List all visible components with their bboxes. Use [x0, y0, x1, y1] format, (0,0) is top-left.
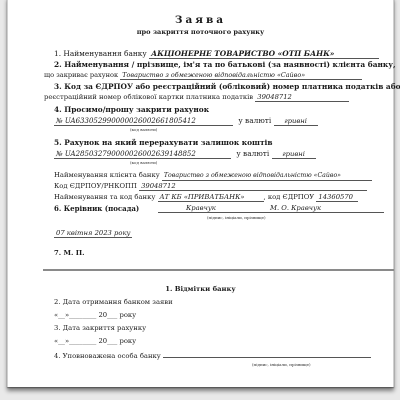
director-signature-line: Кравчук М. О. Кравчук: [158, 204, 384, 213]
client-name-value: Товариство з обмеженою відповідальністю …: [162, 172, 372, 181]
client-bank-row: Найменування та код банку АТ КБ «ПРИВАТБ…: [54, 193, 358, 202]
client-bank-label: Найменування та код банку: [54, 193, 155, 201]
client-bank-value: АТ КБ «ПРИВАТБАНК»: [158, 193, 264, 202]
close-account-currency: гривні: [274, 117, 318, 126]
close-account-number: № UA633052990000026002661805412: [54, 117, 233, 126]
close-account-caption: (код валюти): [130, 127, 157, 132]
client-code-value: 39048712: [139, 182, 367, 191]
client-name-row: Найменування клієнта банку Товариство з …: [54, 171, 372, 181]
item-close-account-label: 4. Просимо/прошу закрити рахунок: [54, 105, 209, 114]
bank-officer-row: 4. Уповноважена особа банку: [54, 350, 371, 361]
bank-officer-caption: (підпис, ініціали, прізвище): [252, 362, 311, 367]
item-transfer-account-label: 5. Рахунок на який перерахувати залишок …: [54, 138, 272, 147]
client-closing-label: що закриває рахунок: [44, 71, 118, 79]
transfer-account-number: № UA285032790000026002639148852: [54, 150, 231, 159]
item-bank-name: 1. Найменування банку АКЦІОНЕРНЕ ТОВАРИС…: [54, 49, 379, 59]
bank-officer-label: 4. Уповноважена особа банку: [54, 352, 161, 360]
client-bank-code-value: 14360570: [316, 193, 358, 202]
document-subtitle: про закриття поточного рахунку: [8, 28, 393, 36]
client-code-row: Код ЄДРПОУ/РНКОПП 39048712: [54, 182, 367, 191]
application-date: 07 квітня 2023 року: [54, 229, 132, 238]
closing-date-value: «__»________ 20___ року: [54, 337, 136, 346]
section-divider: [43, 269, 394, 271]
item-client-name-label: 2. Найменування / прізвище, ім'я та по б…: [54, 60, 396, 69]
stamp-label: 7. М. П.: [54, 249, 85, 258]
received-date-value: «__»________ 20___ року: [54, 311, 136, 320]
document-title: Заява: [8, 14, 393, 26]
bank-name-label: 1. Найменування банку: [54, 49, 147, 58]
item-tax-code-label: 3. Код за ЄДРПОУ або реєстраційний (облі…: [54, 82, 400, 91]
client-code-label: Код ЄДРПОУ/РНКОПП: [54, 182, 137, 190]
transfer-account-currency: гривні: [272, 150, 316, 159]
item-tax-code: реєстраційний номер облікової картки пла…: [44, 93, 349, 102]
director-name: М. О. Кравчук: [270, 204, 321, 213]
item-close-account: № UA633052990000026002661805412 у валюті…: [54, 116, 318, 126]
tax-code-label: реєстраційний номер облікової картки пла…: [44, 93, 253, 101]
tax-code-value: 39048712: [255, 93, 349, 102]
bank-officer-signature-line: [163, 350, 371, 358]
client-bank-code-label: , код ЄДРПОУ: [264, 193, 315, 201]
application-form-page: Заява про закриття поточного рахунку 1. …: [7, 0, 394, 387]
item-transfer-account: № UA285032790000026002639148852 у валюті…: [54, 149, 316, 159]
director-caption: (підпис, ініціали, прізвище): [207, 215, 266, 220]
transfer-account-currency-label: у валюті: [236, 149, 269, 158]
close-account-currency-label: у валюті: [238, 116, 271, 125]
bank-marks-heading: 1. Відмітки банку: [8, 285, 393, 294]
item-client-name: що закриває рахунок Товариство з обмежен…: [44, 71, 362, 80]
bank-name-value: АКЦІОНЕРНЕ ТОВАРИСТВО «ОТП БАНК»: [149, 50, 379, 59]
director-label: 6. Керівник (посада): [54, 204, 139, 213]
client-closing-value: Товариство з обмеженою відповідальністю …: [120, 71, 362, 80]
received-date-label: 2. Дата отримання банком заяви: [54, 298, 173, 307]
closing-date-label: 3. Дата закриття рахунку: [54, 324, 146, 333]
director-signature: Кравчук: [186, 204, 216, 213]
application-date-row: 07 квітня 2023 року: [54, 228, 132, 238]
client-name-label: Найменування клієнта банку: [54, 171, 160, 179]
transfer-account-caption: (код валюти): [130, 160, 157, 165]
